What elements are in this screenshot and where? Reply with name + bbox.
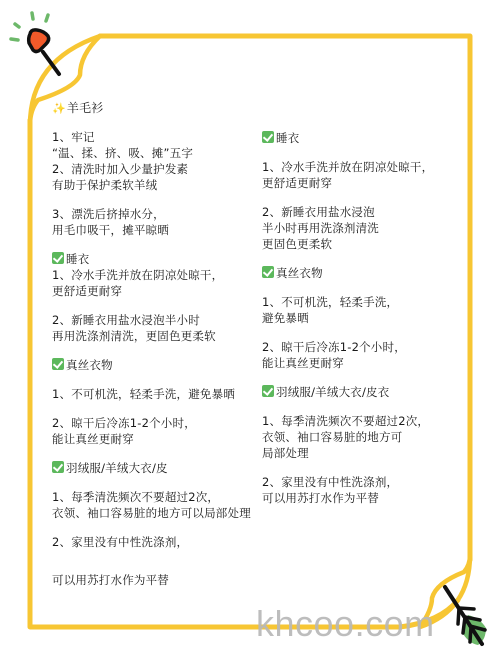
text-line: 1、冷水手洗并放在阴凉处晾干， xyxy=(52,267,267,283)
section-heading-pajamas: 睡衣 xyxy=(52,251,267,267)
text-line: 2、新睡衣用盐水浸泡半小时 xyxy=(52,312,267,328)
section-heading-down-coat: 羽绒服/羊绒大衣/皮衣 xyxy=(262,384,467,400)
check-icon xyxy=(52,461,64,473)
pin-icon xyxy=(11,13,59,74)
text-line: 衣领、袖口容易脏的地方可以局部处理 xyxy=(52,505,267,521)
section-heading-down-coat: 羽绒服/羊绒大衣/皮 xyxy=(52,460,267,476)
sparkles-icon: ✨ xyxy=(52,102,66,115)
text-line: 3、漂洗后挤掉水分， xyxy=(52,206,267,222)
check-icon xyxy=(262,266,274,278)
text-line: 2、家里没有中性洗涤剂， xyxy=(52,534,267,550)
section-heading-pajamas: 睡衣 xyxy=(262,130,467,146)
text-line: 2、晾干后冷冻1-2个小时， xyxy=(52,415,267,431)
text-line: 2、新睡衣用盐水浸泡 xyxy=(262,204,467,220)
text-line: 再用洗涤剂清洗，更固色更柔软 xyxy=(52,328,267,344)
text-line: 能让真丝更耐穿 xyxy=(52,431,267,447)
text-line: 1、每季清洗频次不要超过2次， xyxy=(52,489,267,505)
text-line: 能让真丝更耐穿 xyxy=(262,355,467,371)
check-icon xyxy=(52,358,64,370)
section-title-cashmere: ✨羊毛衫 xyxy=(52,100,267,116)
text-line: 有助于保护柔软羊绒 xyxy=(52,177,267,193)
text-line: 2、家里没有中性洗涤剂， xyxy=(262,474,467,490)
watermark: khcoo.com xyxy=(256,603,435,645)
text-line: 衣领、袖口容易脏的地方可 xyxy=(262,429,467,445)
text-line: 1、不可机洗，轻柔手洗， xyxy=(262,294,467,310)
text-line: 更舒适更耐穿 xyxy=(262,175,467,191)
check-icon xyxy=(52,252,64,264)
section-heading-silk: 真丝衣物 xyxy=(52,357,267,373)
text-line: 半小时再用洗涤剂清洗 xyxy=(262,220,467,236)
text-line: 2、清洗时加入少量护发素 xyxy=(52,161,267,177)
text-line: 可以用苏打水作为平替 xyxy=(52,572,267,588)
text-line: 1、不可机洗，轻柔手洗，避免暴晒 xyxy=(52,386,267,402)
check-icon xyxy=(262,385,274,397)
text-line: 局部处理 xyxy=(262,445,467,461)
section-heading-silk: 真丝衣物 xyxy=(262,265,467,281)
text-line: 1、牢记 xyxy=(52,129,267,145)
text-line: 1、每季清洗频次不要超过2次， xyxy=(262,413,467,429)
text-line: 1、冷水手洗并放在阴凉处晾干， xyxy=(262,159,467,175)
leaf-icon xyxy=(445,587,486,645)
text-line: 2、晾干后冷冻1-2个小时， xyxy=(262,339,467,355)
text-line: 更固色更柔软 xyxy=(262,236,467,252)
text-line: “温、揉、挤、吸、摊”五字 xyxy=(52,145,267,161)
text-line: 避免暴晒 xyxy=(262,310,467,326)
text-line: 用毛巾吸干，摊平晾晒 xyxy=(52,222,267,238)
right-column: 睡衣 1、冷水手洗并放在阴凉处晾干， 更舒适更耐穿 2、新睡衣用盐水浸泡 半小时… xyxy=(262,130,467,506)
text-line: 更舒适更耐穿 xyxy=(52,283,267,299)
left-column: ✨羊毛衫 1、牢记 “温、揉、挤、吸、摊”五字 2、清洗时加入少量护发素 有助于… xyxy=(52,100,267,588)
text-line: 可以用苏打水作为平替 xyxy=(262,490,467,506)
check-icon xyxy=(262,131,274,143)
